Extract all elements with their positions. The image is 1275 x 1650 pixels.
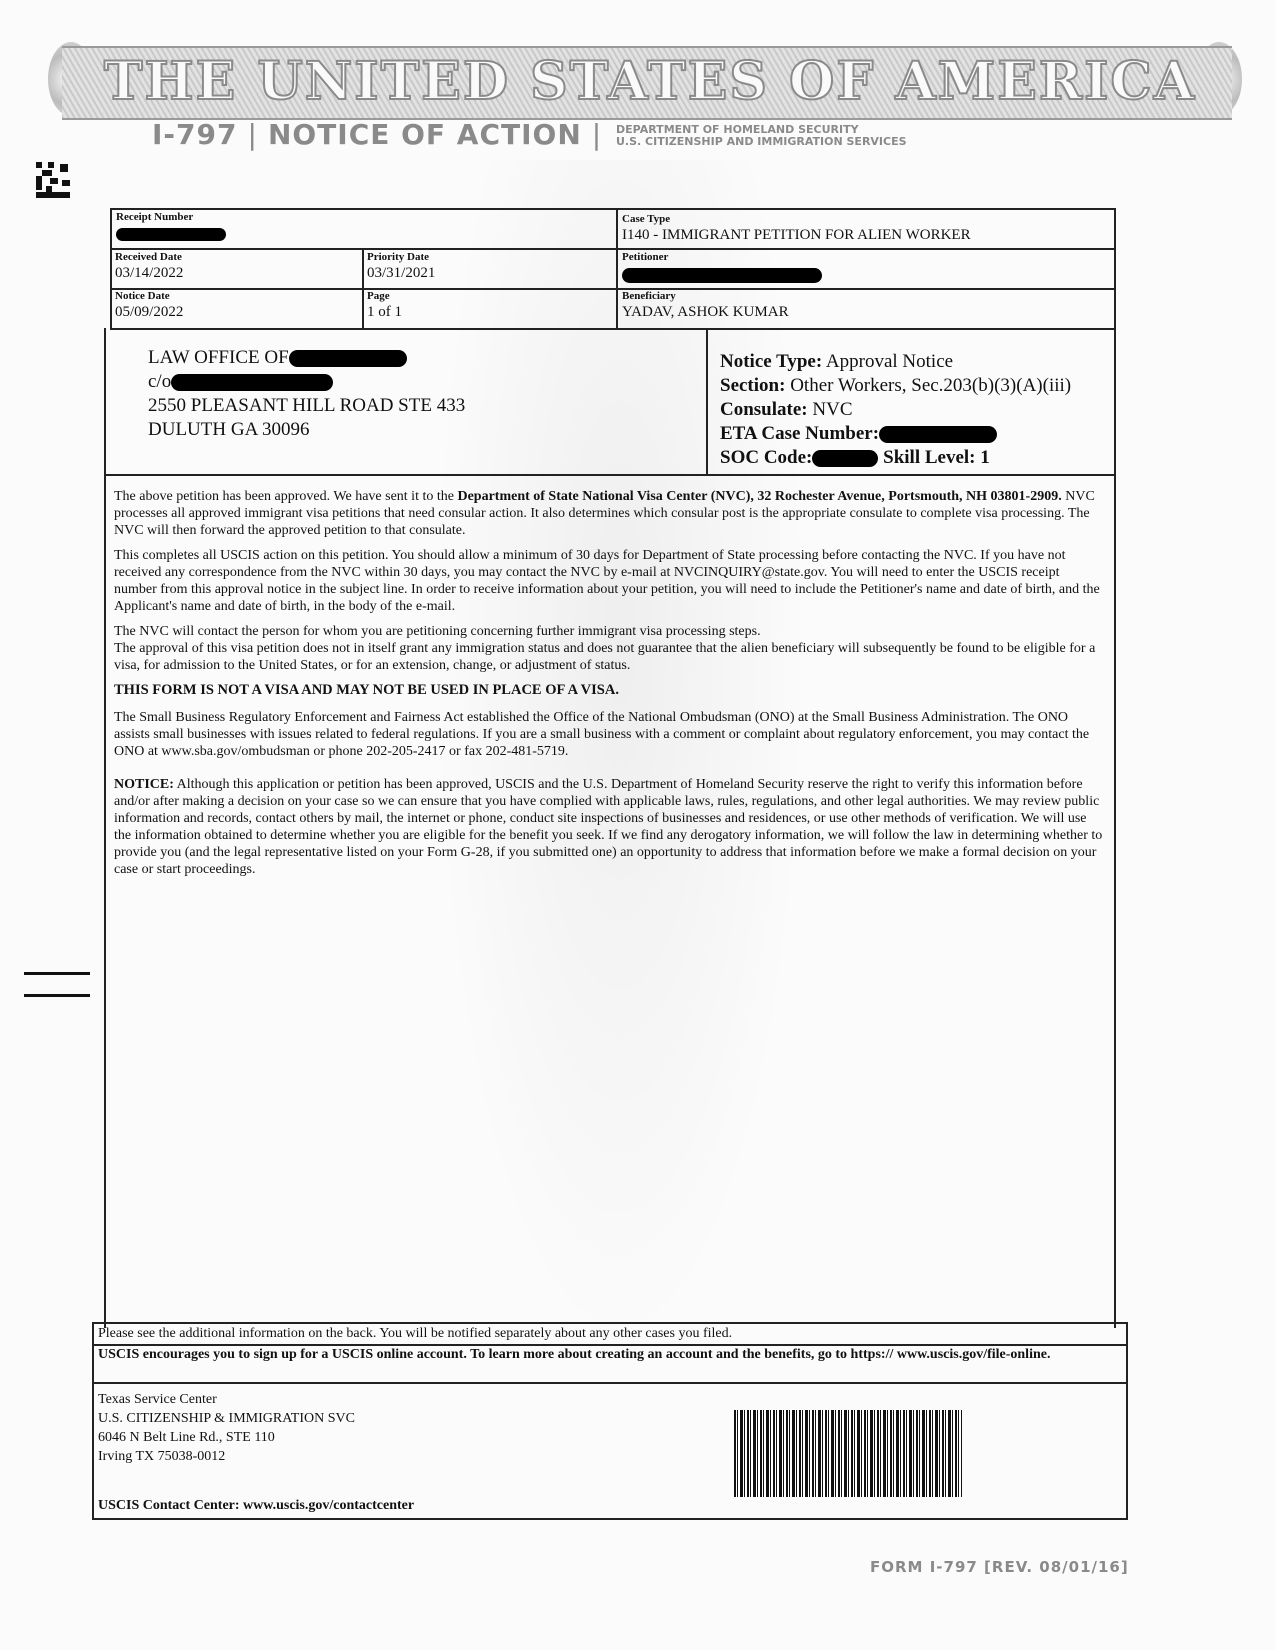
- not-a-visa-warning: THIS FORM IS NOT A VISA AND MAY NOT BE U…: [114, 682, 1104, 699]
- contact-center-row: USCIS Contact Center: www.uscis.gov/cont…: [92, 1496, 1128, 1520]
- case-info-table: Receipt Number Case Type I140 - IMMIGRAN…: [110, 208, 1116, 330]
- notice-body: The above petition has been approved. We…: [114, 488, 1104, 886]
- care-of-redacted: [171, 374, 333, 391]
- notice-date-cell: Notice Date 05/09/2022: [112, 290, 364, 328]
- soc-code-redacted: [812, 450, 878, 467]
- paragraph-nvc-contact: The NVC will contact the person for whom…: [114, 623, 1104, 640]
- barcode: [734, 1410, 962, 1497]
- paragraph-uscis-action: This completes all USCIS action on this …: [114, 547, 1104, 615]
- page-cell: Page 1 of 1: [364, 290, 618, 328]
- attorney-name-redacted: [289, 350, 407, 367]
- form-code: I-797: [152, 118, 238, 151]
- petitioner-cell: Petitioner: [618, 250, 1114, 290]
- service-center-row: Texas Service Center U.S. CITIZENSHIP & …: [92, 1382, 1128, 1496]
- beneficiary-cell: Beneficiary YADAV, ASHOK KUMAR: [618, 290, 1114, 328]
- notice-details: Notice Type: Approval Notice Section: Ot…: [720, 350, 1071, 470]
- received-date-cell: Received Date 03/14/2022: [112, 250, 364, 290]
- mailing-address: LAW OFFICE OF c/o 2550 PLEASANT HILL ROA…: [148, 346, 465, 442]
- priority-date-cell: Priority Date 03/31/2021: [364, 250, 618, 290]
- paragraph-no-status: The approval of this visa petition does …: [114, 640, 1104, 674]
- fold-mark: [24, 972, 90, 975]
- receipt-number-cell: Receipt Number: [112, 210, 618, 250]
- form-heading: I-797|NOTICE OF ACTION|: [152, 118, 612, 151]
- petitioner-redacted: [622, 268, 822, 283]
- paragraph-notice: NOTICE: Although this application or pet…: [114, 776, 1104, 878]
- case-type-cell: Case Type I140 - IMMIGRANT PETITION FOR …: [618, 210, 1114, 250]
- form-number: FORM I-797 [REV. 08/01/16]: [870, 1558, 1129, 1576]
- datamatrix-code: [36, 162, 70, 198]
- paragraph-ombudsman: The Small Business Regulatory Enforcemen…: [114, 709, 1104, 760]
- paragraph-approval: The above petition has been approved. We…: [114, 488, 1104, 539]
- form-title: NOTICE OF ACTION: [268, 118, 582, 151]
- fold-mark: [24, 994, 90, 997]
- receipt-number-redacted: [116, 228, 226, 241]
- banner-title: THE UNITED STATES OF AMERICA: [100, 52, 1200, 112]
- department-name: DEPARTMENT OF HOMELAND SECURITY U.S. CIT…: [616, 124, 907, 148]
- eta-case-number-redacted: [879, 426, 997, 443]
- divider: [104, 474, 1116, 476]
- additional-info-row: Please see the additional information on…: [92, 1322, 1128, 1344]
- divider: [706, 328, 708, 476]
- online-account-row: USCIS encourages you to sign up for a US…: [92, 1344, 1128, 1382]
